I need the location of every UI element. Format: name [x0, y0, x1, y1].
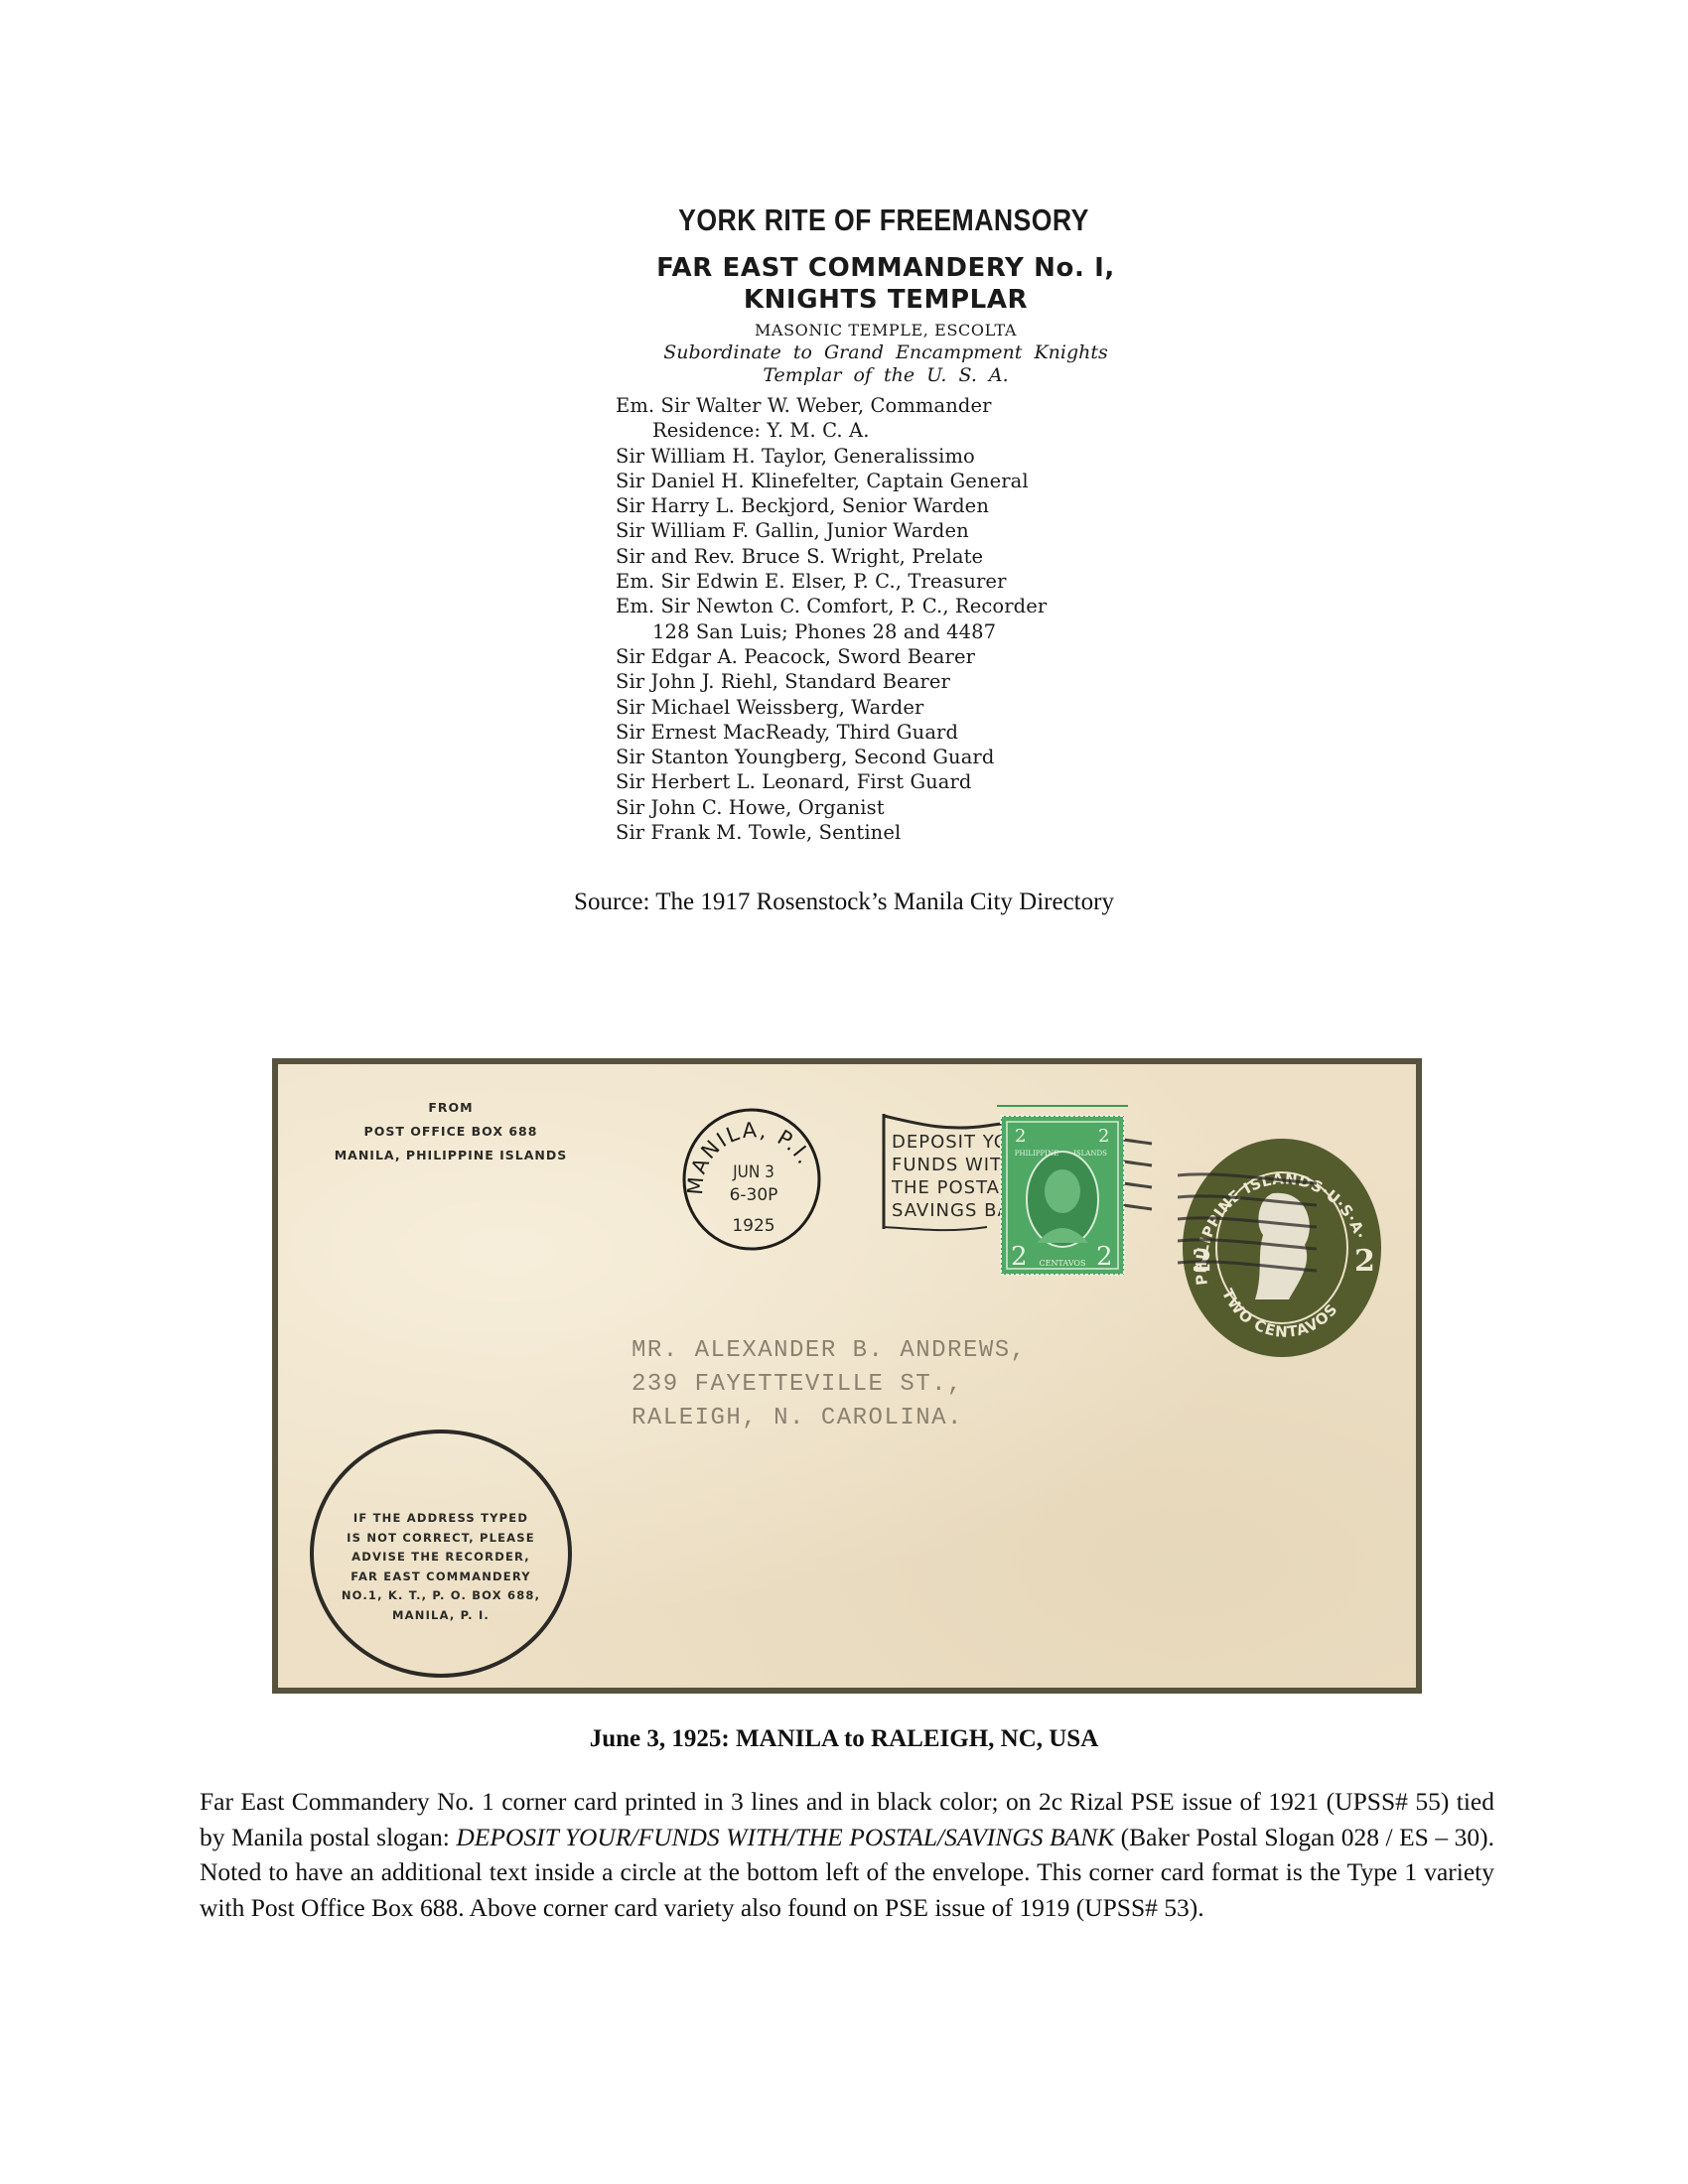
stamp-country: ISLANDS	[1073, 1150, 1107, 1158]
stamp-denomination: 2	[1096, 1242, 1113, 1272]
officer-entry: Sir Stanton Youngberg, Second Guard	[608, 745, 1164, 769]
corner-card-line: POST OFFICE BOX 688	[302, 1120, 600, 1144]
officer-list: Em. Sir Walter W. Weber, CommanderReside…	[608, 393, 1164, 845]
officer-entry: Sir John J. Riehl, Standard Bearer	[608, 669, 1164, 694]
notice-line: ADVISE THE RECORDER,	[314, 1548, 568, 1568]
recipient-line: MR. ALEXANDER B. ANDREWS,	[632, 1334, 1027, 1368]
officer-entry: Sir William H. Taylor, Generalissimo	[608, 444, 1164, 469]
clipping-subordinate-line1: Subordinate to Grand Encampment Knights	[608, 341, 1164, 364]
notice-line: NO.1, K. T., P. O. BOX 688,	[314, 1586, 568, 1606]
stamp-country: PHILIPPINE	[1015, 1150, 1058, 1158]
indicia-denomination: 2	[1354, 1244, 1375, 1279]
postmark-year: 1925	[732, 1216, 774, 1236]
officer-entry: Sir Daniel H. Klinefelter, Captain Gener…	[608, 469, 1164, 493]
officer-entry: Sir John C. Howe, Organist	[608, 795, 1164, 820]
officer-entry: Em. Sir Walter W. Weber, Commander	[608, 393, 1164, 418]
directory-clipping: YORK RITE OF FREEMANSORY FAR EAST COMMAN…	[608, 199, 1164, 845]
clipping-commandery-name: FAR EAST COMMANDERY No. I,	[608, 252, 1164, 284]
corner-card-line: MANILA, PHILIPPINE ISLANDS	[302, 1144, 600, 1167]
stamp-denomination: 2	[1098, 1126, 1109, 1147]
slogan-line: THE POSTAL	[891, 1177, 1011, 1198]
cover-description: Far East Commandery No. 1 corner card pr…	[200, 1784, 1494, 1925]
notice-line: FAR EAST COMMANDERY	[314, 1568, 568, 1587]
manila-postmark: MANILA, P.I. JUN 3 6-30P 1925	[677, 1104, 826, 1253]
envelope-indicia-2c: PHILIPPINE ISLANDS·U·S·A· TWO CENTAVOS 2…	[1178, 1136, 1386, 1360]
officer-entry: Sir Herbert L. Leonard, First Guard	[608, 769, 1164, 794]
return-notice-circle: IF THE ADDRESS TYPED IS NOT CORRECT, PLE…	[310, 1430, 572, 1678]
clipping-temple: MASONIC TEMPLE, ESCOLTA	[608, 320, 1164, 341]
officer-entry: Sir William F. Gallin, Junior Warden	[608, 518, 1164, 543]
recipient-line: 239 FAYETTEVILLE ST.,	[632, 1368, 1027, 1402]
rizal-stamp-2c: 2 2 2 2 CENTAVOS PHILIPPINE ISLANDS	[997, 1104, 1128, 1279]
corner-card-line: FROM	[302, 1096, 600, 1120]
officer-entry: Sir and Rev. Bruce S. Wright, Prelate	[608, 544, 1164, 569]
notice-line: IS NOT CORRECT, PLEASE	[314, 1529, 568, 1549]
return-notice-text: IF THE ADDRESS TYPED IS NOT CORRECT, PLE…	[314, 1509, 568, 1625]
envelope-image: FROM POST OFFICE BOX 688 MANILA, PHILIPP…	[272, 1058, 1422, 1694]
clipping-title: YORK RITE OF FREEMANSORY	[642, 199, 1124, 242]
source-caption: Source: The 1917 Rosenstock’s Manila Cit…	[0, 888, 1688, 916]
officer-entry: Sir Harry L. Beckjord, Senior Warden	[608, 493, 1164, 518]
officer-entry: Sir Edgar A. Peacock, Sword Bearer	[608, 644, 1164, 669]
notice-line: MANILA, P. I.	[314, 1606, 568, 1626]
description-slogan: DEPOSIT YOUR/FUNDS WITH/THE POSTAL/SAVIN…	[456, 1823, 1114, 1851]
clipping-subordinate-line2: Templar of the U. S. A.	[608, 364, 1164, 387]
officer-entry: Sir Michael Weissberg, Warder	[608, 695, 1164, 720]
postmark-time: 6-30P	[730, 1185, 778, 1205]
officer-entry: Em. Sir Edwin E. Elser, P. C., Treasurer	[608, 569, 1164, 594]
recipient-address: MR. ALEXANDER B. ANDREWS, 239 FAYETTEVIL…	[632, 1334, 1027, 1435]
postmark-date: JUN 3	[732, 1162, 774, 1182]
officer-entry: Residence: Y. M. C. A.	[608, 418, 1164, 443]
officer-entry: Em. Sir Newton C. Comfort, P. C., Record…	[608, 594, 1164, 618]
stamp-denomination: 2	[1015, 1126, 1026, 1147]
officer-entry: 128 San Luis; Phones 28 and 4487	[608, 619, 1164, 644]
corner-card: FROM POST OFFICE BOX 688 MANILA, PHILIPP…	[302, 1096, 600, 1167]
stamp-denomination: 2	[1011, 1242, 1028, 1272]
clipping-order-name: KNIGHTS TEMPLAR	[608, 284, 1164, 316]
stamp-currency: CENTAVOS	[1040, 1259, 1086, 1268]
recipient-line: RALEIGH, N. CAROLINA.	[632, 1402, 1027, 1435]
notice-line: IF THE ADDRESS TYPED	[314, 1509, 568, 1529]
cover-heading: June 3, 1925: MANILA to RALEIGH, NC, USA	[0, 1725, 1688, 1753]
officer-entry: Sir Ernest MacReady, Third Guard	[608, 720, 1164, 745]
officer-entry: Sir Frank M. Towle, Sentinel	[608, 820, 1164, 845]
